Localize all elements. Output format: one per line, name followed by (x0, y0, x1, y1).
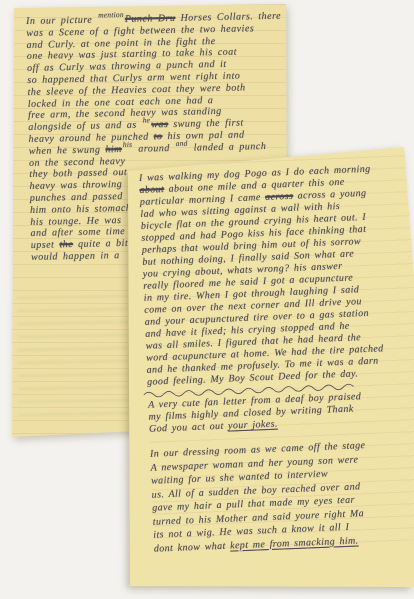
text-segment: swung the first (168, 118, 244, 131)
text-segment: God you act out (149, 421, 228, 435)
manuscript-page-2: Cute happenings. 2 I was walking my dog … (126, 140, 414, 599)
manuscript-photo: In our picture mentionPunch Dru Horses C… (0, 0, 414, 599)
text-segment: and after some time (30, 226, 125, 239)
insert-text: mention (98, 10, 124, 20)
ink-bleed-through (17, 287, 131, 427)
strike-text: about (139, 184, 164, 196)
text-segment: upset (31, 239, 60, 251)
strike-text: was (151, 119, 168, 130)
strike-text: him (105, 144, 122, 155)
text-segment: punches and passed (30, 191, 123, 204)
text-segment: Horses Collars. there (175, 11, 281, 24)
page-2-handwriting: Cute happenings. 2 I was walking my dog … (138, 142, 414, 556)
insert-text: he (143, 116, 151, 125)
text-segment: dont know what (154, 540, 231, 554)
text-segment: quite a bit (73, 238, 128, 250)
strike-text: Punch Dru (125, 13, 176, 25)
text-segment: across a young (293, 188, 367, 202)
paragraph-dressing-room: In our dressing room as we came off the … (150, 435, 414, 555)
underline-text: your jokes. (228, 419, 278, 432)
page-number-badge: 2 (240, 142, 252, 154)
paragraph-dog-story: I was walking my dog Pogo as I do each m… (139, 161, 414, 389)
strike-text: across (265, 191, 294, 203)
text-segment: In our picture (26, 15, 97, 27)
strike-text: the (59, 239, 73, 250)
text-segment: heavy was throwing (29, 179, 122, 192)
text-segment: would happen in a (31, 250, 120, 263)
text-segment: when he swung (29, 144, 106, 157)
page-heading: Cute happenings. (138, 151, 220, 165)
manuscript-page-2-wrap: Cute happenings. 2 I was walking my dog … (126, 140, 414, 599)
text-segment: on the second heavy (29, 156, 126, 169)
